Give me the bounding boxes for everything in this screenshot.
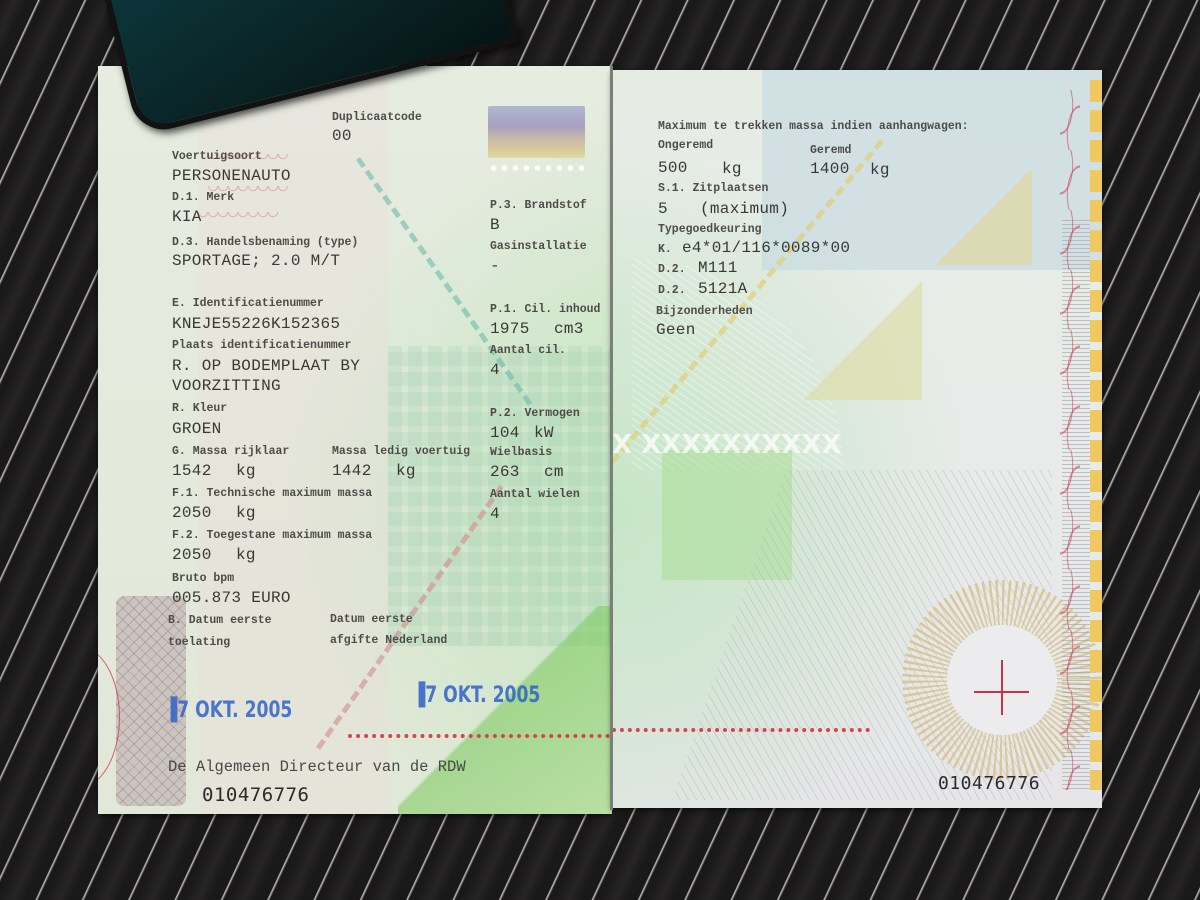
massa-rijklaar-label: G. Massa rijklaar (172, 445, 289, 458)
security-triangle (802, 280, 922, 400)
merk-label: D.1. Merk (172, 191, 234, 204)
massa-ledig-value: 1442 (332, 462, 372, 480)
ongeremd-unit: kg (722, 160, 742, 178)
datum-eerste-afgifte-label-1: Datum eerste (330, 613, 413, 626)
plaats-identificatienummer-value-1: R. OP BODEMPLAAT BY (172, 357, 360, 375)
booklet-spine (610, 66, 613, 810)
aantal-cil-value: 4 (490, 361, 500, 379)
datum-eerste-afgifte-label-2: afgifte Nederland (330, 634, 447, 647)
aantal-wielen-value: 4 (490, 505, 500, 523)
ongeremd-label: Ongeremd (658, 139, 713, 152)
zitplaatsen-label: S.1. Zitplaatsen (658, 182, 768, 195)
hologram-icon (488, 106, 585, 158)
stamp-text: 7 OKT. 2005 (425, 683, 540, 708)
typegoedkeuring-d2-prefix: D.2. (658, 263, 686, 276)
bijzonderheden-value: Geen (656, 321, 696, 339)
wielbasis-label: Wielbasis (490, 446, 552, 459)
stamp-bar-icon: ▐ (164, 698, 177, 723)
serial-number: 010476776 (202, 784, 309, 806)
typegoedkeuring-label: Typegoedkeuring (658, 223, 762, 236)
pink-wave-decor (198, 212, 278, 222)
vermogen-label: P.2. Vermogen (490, 407, 580, 420)
crosshair-icon (974, 691, 1029, 693)
hologram-dots (488, 164, 585, 172)
cil-inhoud-value: 1975 (490, 320, 530, 338)
zitplaatsen-note: (maximum) (700, 200, 789, 218)
kleur-label: R. Kleur (172, 402, 227, 415)
bijzonderheden-label: Bijzonderheden (656, 305, 753, 318)
typegoedkeuring-d2-value-2: 5121A (698, 280, 748, 298)
typegoedkeuring-d2-value-1: M111 (698, 259, 738, 277)
geremd-label: Geremd (810, 144, 851, 157)
registration-right-page: X XXXXXXXXXX Maximum te trekken massa in… (612, 70, 1102, 808)
bruto-bpm-value: 005.873 EURO (172, 589, 291, 607)
technische-max-massa-value: 2050 (172, 504, 212, 522)
aantal-wielen-label: Aantal wielen (490, 488, 580, 501)
zitplaatsen-value: 5 (658, 200, 668, 218)
technische-max-massa-label: F.1. Technische maximum massa (172, 487, 372, 500)
plaats-identificatienummer-value-2: VOORZITTING (172, 377, 281, 395)
crosshair-icon (1001, 660, 1003, 715)
stamp-text: 7 OKT. 2005 (177, 698, 292, 723)
edge-yellow-strip (1090, 80, 1102, 790)
trekken-title: Maximum te trekken massa indien aanhangw… (658, 120, 969, 133)
wielbasis-unit: cm (544, 463, 564, 481)
aantal-cil-label: Aantal cil. (490, 344, 566, 357)
merk-value: KIA (172, 208, 202, 226)
gasinstallatie-label: Gasinstallatie (490, 240, 587, 253)
edge-wave-decor (1060, 90, 1080, 790)
voertuigsoort-value: PERSONENAUTO (172, 167, 291, 185)
bruto-bpm-label: Bruto bpm (172, 572, 234, 585)
typegoedkeuring-d2-prefix-2: D.2. (658, 284, 686, 297)
identificatienummer-label: E. Identificatienummer (172, 297, 324, 310)
typegoedkeuring-k-value: e4*01/116*0089*00 (682, 239, 850, 257)
duplicaatcode-value: 00 (332, 127, 352, 145)
plaats-identificatienummer-label: Plaats identificatienummer (172, 339, 351, 352)
date-stamp-toelating: ▐7 OKT. 2005 (164, 698, 292, 723)
toegestane-max-massa-value: 2050 (172, 546, 212, 564)
massa-rijklaar-value: 1542 (172, 462, 212, 480)
brandstof-label: P.3. Brandstof (490, 199, 587, 212)
ongeremd-value: 500 (658, 159, 688, 177)
cil-inhoud-label: P.1. Cil. inhoud (490, 303, 600, 316)
wielbasis-value: 263 (490, 463, 520, 481)
kleur-value: GROEN (172, 420, 222, 438)
toegestane-max-massa-unit: kg (236, 546, 256, 564)
massa-ledig-unit: kg (396, 462, 416, 480)
signature-line: De Algemeen Directeur van de RDW (168, 758, 466, 776)
toegestane-max-massa-label: F.2. Toegestane maximum massa (172, 529, 372, 542)
typegoedkeuring-k-prefix: K. (658, 243, 672, 256)
cil-inhoud-unit: cm3 (554, 320, 584, 338)
brandstof-value: B (490, 216, 500, 234)
vermogen-unit: kW (534, 424, 554, 442)
vermogen-value: 104 (490, 424, 520, 442)
gasinstallatie-value: - (490, 257, 500, 275)
red-dotted-line (348, 734, 612, 738)
duplicaatcode-label: Duplicaatcode (332, 111, 422, 124)
massa-rijklaar-unit: kg (236, 462, 256, 480)
geremd-unit: kg (870, 161, 890, 179)
date-stamp-afgifte: ▐7 OKT. 2005 (412, 683, 540, 708)
massa-ledig-label: Massa ledig voertuig (332, 445, 470, 458)
handelsbenaming-value: SPORTAGE; 2.0 M/T (172, 252, 340, 270)
red-dotted-line (612, 728, 870, 732)
registration-left-page: Duplicaatcode 00 Voertuigsoort PERSONENA… (98, 66, 612, 814)
security-x-pattern: X XXXXXXXXXX (612, 430, 842, 460)
stamp-bar-icon: ▐ (412, 683, 425, 708)
serial-number-right: 010476776 (938, 773, 1040, 794)
geremd-value: 1400 (810, 160, 850, 178)
datum-eerste-toelating-label-2: toelating (168, 636, 230, 649)
handelsbenaming-label: D.3. Handelsbenaming (type) (172, 236, 358, 249)
technische-max-massa-unit: kg (236, 504, 256, 522)
identificatienummer-value: KNEJE55226K152365 (172, 315, 340, 333)
voertuigsoort-label: Voertuigsoort (172, 150, 262, 163)
datum-eerste-toelating-label-1: B. Datum eerste (168, 614, 272, 627)
security-triangle (932, 170, 1032, 265)
